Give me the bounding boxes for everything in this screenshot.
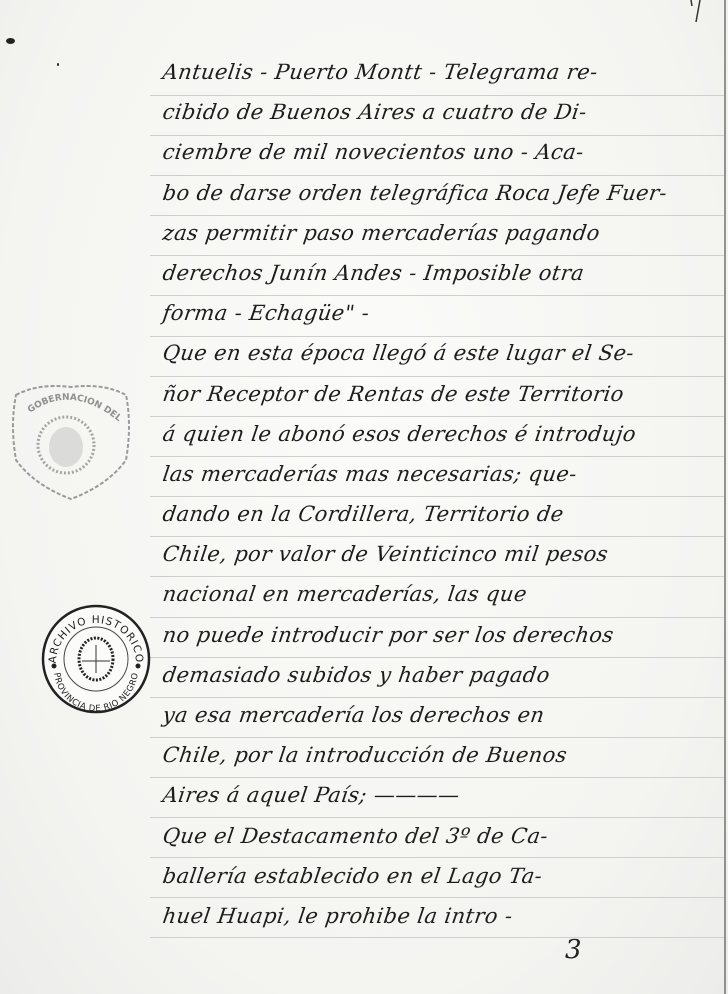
manuscript-page: Antuelis - Puerto Montt - Telegrama re- … — [0, 0, 728, 994]
text-line: ballería establecido en el Lago Ta- — [160, 856, 726, 896]
page-number: 3 — [565, 935, 582, 965]
text-line: Aires á aquel País; ———— — [160, 775, 726, 815]
ink-speck — [6, 38, 15, 44]
text-line: Chile, por la introducción de Buenos — [160, 735, 726, 775]
text-line: forma - Echagüe" - — [160, 293, 726, 333]
ruled-line — [150, 937, 724, 938]
text-line: zas permitir paso mercaderías pagando — [160, 213, 726, 253]
text-line: cibido de Buenos Aires a cuatro de Di- — [160, 92, 726, 132]
text-line: bo de darse orden telegráfica Roca Jefe … — [160, 173, 726, 213]
svg-text:GOBERNACION DEL RIO NEGRO ✠ RO: GOBERNACION DEL RIO NEGRO ✠ ROCA — [8, 365, 123, 424]
text-line: ciembre de mil novecientos uno - Aca- — [160, 132, 726, 172]
text-line: derechos Junín Andes - Imposible otra — [160, 253, 726, 293]
text-line: á quien le abonó esos derechos é introdu… — [160, 414, 726, 454]
pencil-mark — [688, 0, 708, 26]
text-line: ya esa mercadería los derechos en — [160, 695, 726, 735]
text-line: huel Huapi, le prohibe la intro - — [160, 896, 726, 936]
stamp-shield-text: GOBERNACION DEL RIO NEGRO ✠ ROCA — [8, 365, 123, 424]
gobernacion-stamp: GOBERNACION DEL RIO NEGRO ✠ ROCA — [8, 365, 134, 505]
text-line: ñor Receptor de Rentas de este Territori… — [160, 374, 726, 414]
text-line: Que en esta época llegó á este lugar el … — [160, 333, 726, 373]
ink-speck — [57, 63, 59, 66]
text-line: dando en la Cordillera, Territorio de — [160, 494, 726, 534]
text-line: las mercaderías mas necesarias; que- — [160, 454, 726, 494]
manuscript-text: Antuelis - Puerto Montt - Telegrama re- … — [160, 52, 720, 936]
text-line: no puede introducir por ser los derechos — [160, 615, 726, 655]
text-line: nacional en mercaderías, las que — [160, 574, 726, 614]
text-line: Antuelis - Puerto Montt - Telegrama re- — [160, 52, 726, 92]
text-line: demasiado subidos y haber pagado — [160, 655, 726, 695]
archivo-historico-stamp: ARCHIVO HISTORICO PROVINCIA DE RIO NEGRO — [40, 603, 152, 715]
text-line: Que el Destacamento del 3º de Ca- — [160, 816, 726, 856]
text-line: Chile, por valor de Veinticinco mil peso… — [160, 534, 726, 574]
